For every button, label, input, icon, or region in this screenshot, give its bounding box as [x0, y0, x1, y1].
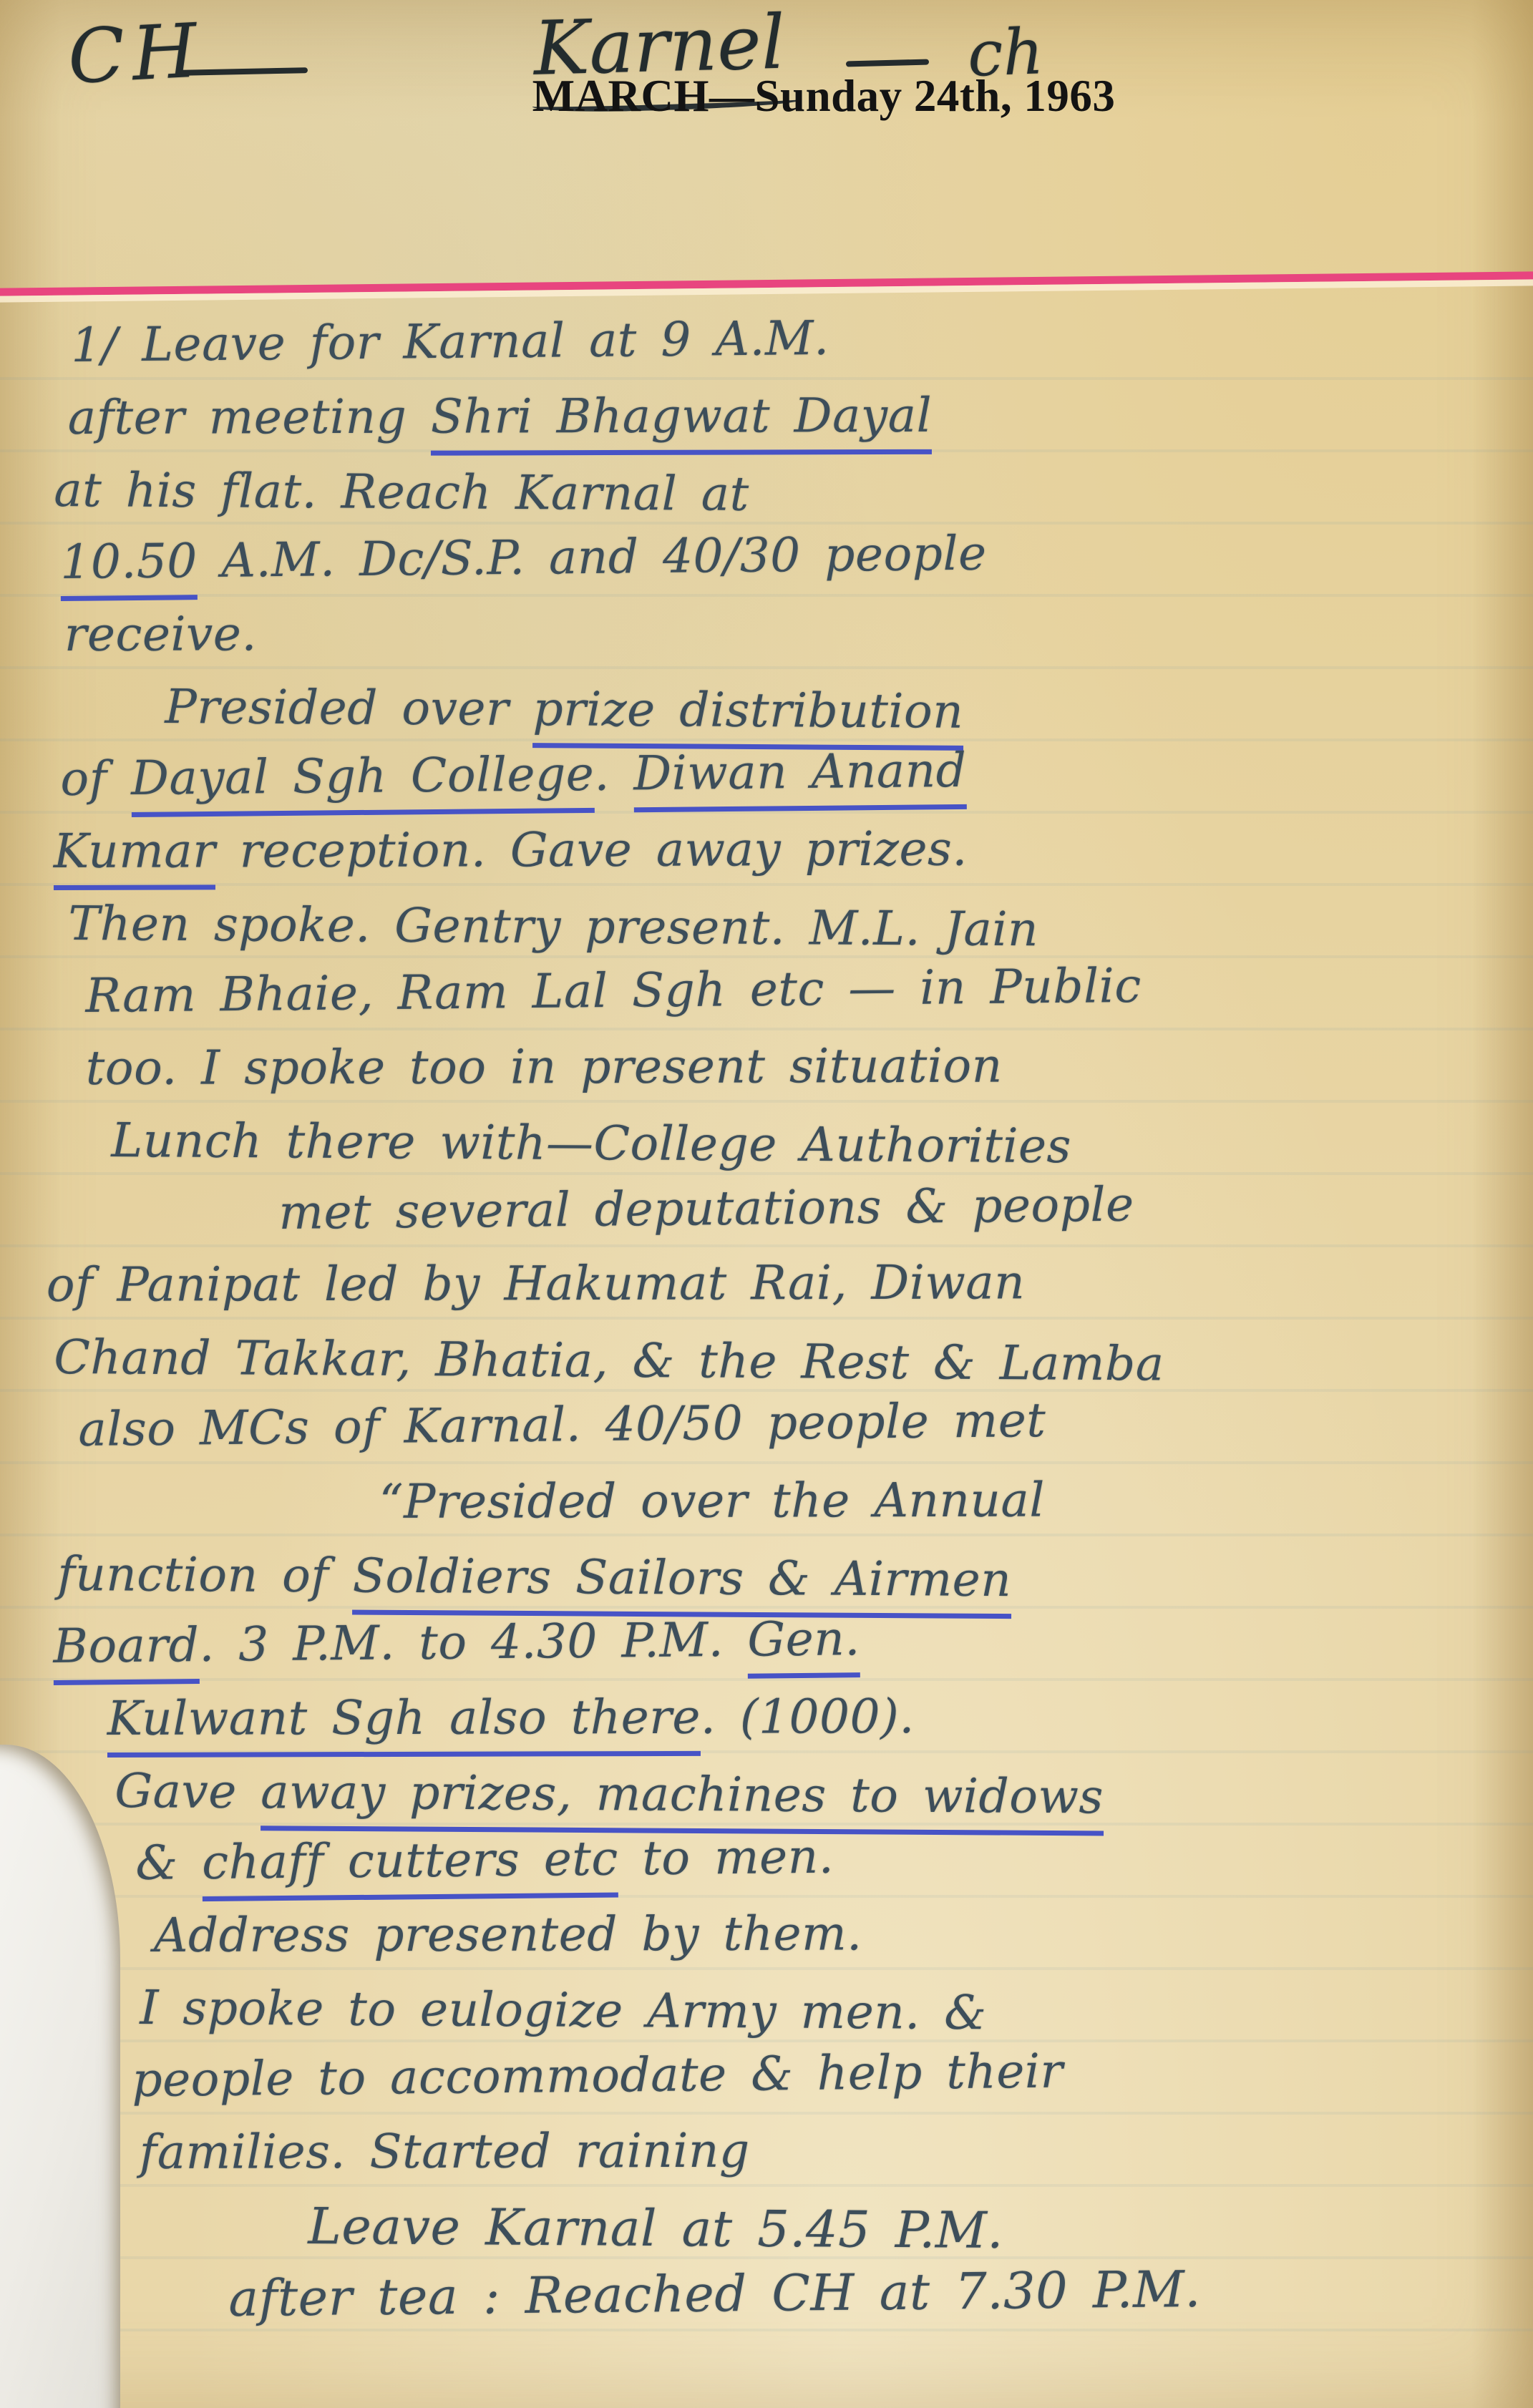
manuscript-line: Ram Bhaie, Ram Lal Sgh etc — in Public: [85, 955, 1512, 1040]
underlined-phrase: prize distribution: [532, 681, 963, 751]
phrase: . (1000).: [701, 1689, 915, 1745]
phrase: Leave Karnal at 5.45 P.M.: [308, 2197, 1003, 2260]
underlined-phrase: Dayal Sgh College: [131, 746, 595, 817]
printed-date-header: MARCH—Sunday 24th, 1963: [0, 70, 1533, 122]
manuscript-line: & chaff cutters etc to men.: [135, 1823, 1512, 1908]
phrase: Address presented by them.: [154, 1906, 862, 1963]
underlined-phrase: chaff cutters etc: [202, 1831, 619, 1902]
phrase: 1/ Leave for Karnal at 9 A.M.: [71, 311, 829, 373]
date-divider-rule: [0, 271, 1533, 296]
manuscript-line: people to accommodate & help their: [132, 2039, 1512, 2125]
phrase: A.M. Dc/S.P. and 40/30 people: [197, 526, 987, 589]
manuscript-line: met several deputations & people: [278, 1173, 1512, 1257]
underlined-phrase: 10.50: [60, 533, 198, 601]
phrase: to men.: [618, 1829, 834, 1886]
manuscript-line: after meeting Shri Bhagwat Dayal: [68, 386, 1512, 462]
phrase: Then spoke. Gentry present. M.L. Jain: [68, 896, 1038, 957]
phrase: Gave: [115, 1763, 261, 1819]
manuscript-line: Kulwant Sgh also there. (1000).: [107, 1687, 1512, 1763]
phrase: also MCs of Karnal. 40/50 people met: [78, 1393, 1046, 1457]
phrase: Presided over: [165, 679, 533, 736]
phrase: . 3 P.M. to 4.30 P.M.: [199, 1612, 748, 1672]
phrase: function of: [57, 1546, 353, 1604]
manuscript-line: also MCs of Karnal. 40/50 people met: [78, 1388, 1512, 1474]
phrase: met several deputations & people: [278, 1177, 1134, 1240]
diary-page: CH Karnel ch MARCH—Sunday 24th, 1963 1/ …: [0, 0, 1533, 2408]
manuscript-line: too. I spoke too in present situation: [86, 1037, 1512, 1113]
phrase: of: [60, 751, 131, 806]
underlined-phrase: away prizes, machines to widows: [261, 1764, 1104, 1836]
manuscript-line: Board. 3 P.M. to 4.30 P.M. Gen.: [53, 1604, 1512, 1691]
phrase: reception. Gave away prizes.: [215, 822, 968, 879]
manuscript-line: 10.50 A.M. Dc/S.P. and 40/30 people: [60, 521, 1512, 607]
phrase: &: [135, 1835, 202, 1891]
underlined-phrase: Kulwant Sgh also there: [107, 1690, 701, 1758]
phrase: .: [594, 746, 634, 801]
manuscript-line: of Panipat led by Hakumat Rai, Diwan: [47, 1254, 1512, 1330]
phrase: Lunch there with—College Authorities: [111, 1113, 1071, 1174]
manuscript-line: Address presented by them.: [154, 1904, 1512, 1980]
phrase: families. Started raining: [140, 2123, 750, 2180]
phrase: people to accommodate & help their: [132, 2044, 1064, 2107]
manuscript-line: of Dayal Sgh College. Diwan Anand: [60, 738, 1512, 824]
phrase: Chand Takkar, Bhatia, & the Rest & Lamba: [54, 1330, 1164, 1391]
underlined-phrase: Diwan Anand: [633, 743, 967, 812]
underlined-phrase: Shri Bhagwat Dayal: [431, 388, 933, 456]
underlined-phrase: Kumar: [54, 823, 216, 890]
manuscript-line: “Presided over the Annual: [379, 1471, 1512, 1546]
underlined-phrase: Gen.: [747, 1611, 860, 1679]
underlined-phrase: Board: [53, 1617, 200, 1685]
underlined-phrase: Soldiers Sailors & Airmen: [352, 1549, 1011, 1619]
phrase: Ram Bhaie, Ram Lal Sgh etc — in Public: [85, 958, 1142, 1023]
phrase: at his flat. Reach Karnal at: [54, 462, 749, 522]
dash-stroke: [846, 59, 929, 67]
phrase: I spoke to eulogize Army men. &: [140, 1980, 987, 2040]
phrase: of Panipat led by Hakumat Rai, Diwan: [47, 1254, 1026, 1312]
manuscript-line: 1/ Leave for Karnal at 9 A.M.: [71, 304, 1512, 390]
phrase: receive.: [64, 606, 257, 662]
phrase: after tea : Reached CH at 7.30 P.M.: [228, 2260, 1201, 2328]
phrase: after meeting: [68, 389, 431, 445]
phrase: “Presided over the Annual: [379, 1473, 1045, 1529]
phrase: too. I spoke too in present situation: [86, 1038, 1003, 1096]
manuscript-line: receive.: [64, 603, 1512, 679]
manuscript-line: after tea : Reached CH at 7.30 P.M.: [228, 2257, 1512, 2341]
manuscript-line: Kumar reception. Gave away prizes.: [54, 820, 1512, 896]
manuscript-line: families. Started raining: [140, 2121, 1512, 2197]
diary-entry: 1/ Leave for Karnal at 9 A.M.after meeti…: [0, 318, 1512, 2341]
